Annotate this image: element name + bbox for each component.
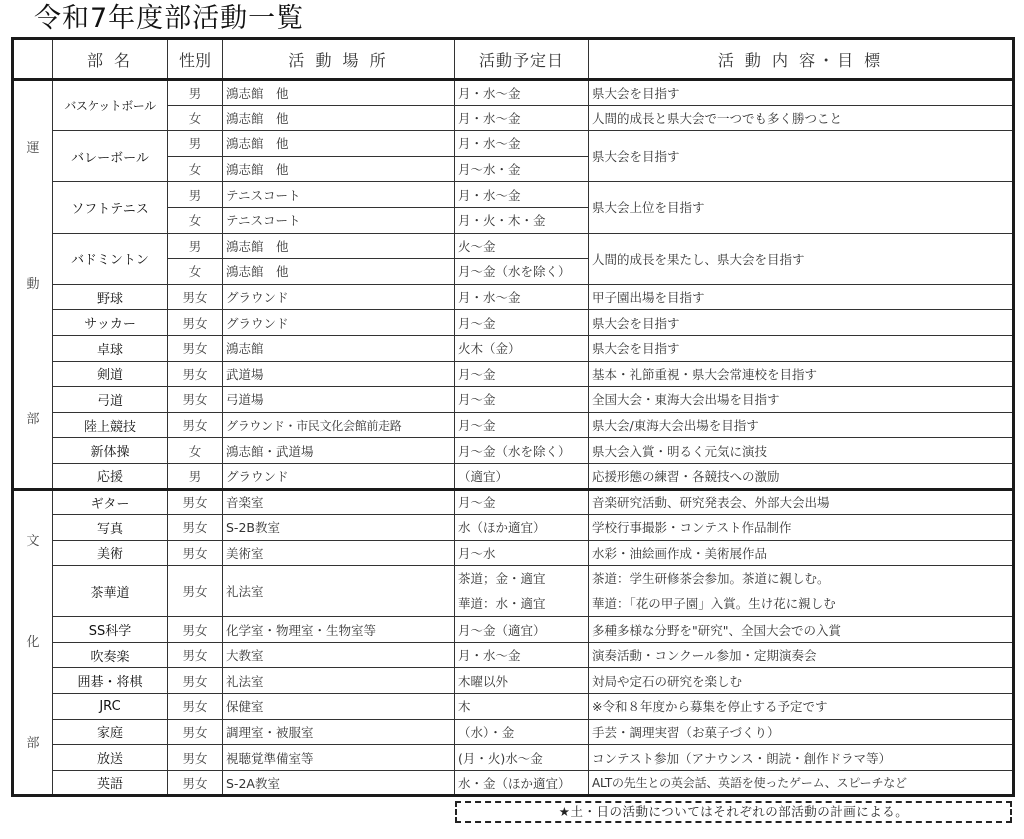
place: グラウンド・市民文化会館前走路 bbox=[223, 412, 455, 438]
days: 火～金 bbox=[455, 233, 589, 259]
table-row: JRC 男女 保健室 木 ※令和８年度から募集を停止する予定です bbox=[13, 694, 1014, 720]
place: 鴻志館 他 bbox=[223, 105, 455, 131]
days: 月～金（水を除く） bbox=[455, 438, 589, 464]
place: 鴻志館 他 bbox=[223, 233, 455, 259]
club-name: ソフトテニス bbox=[53, 182, 168, 233]
days: 月～金 bbox=[455, 489, 589, 515]
place: 鴻志館 他 bbox=[223, 80, 455, 106]
club-name: 放送 bbox=[53, 745, 168, 771]
days: 月～水 bbox=[455, 540, 589, 566]
goal: 多種多様な分野を"研究"、全国大会での入賞 bbox=[589, 617, 1014, 643]
gender: 男女 bbox=[168, 694, 223, 720]
place: 美術室 bbox=[223, 540, 455, 566]
gender: 男女 bbox=[168, 412, 223, 438]
table-row: SS科学 男女 化学室・物理室・生物室等 月～金（適宜） 多種多様な分野を"研究… bbox=[13, 617, 1014, 643]
days-line: 茶道；金・適宜 bbox=[458, 566, 585, 591]
place: 鴻志館 他 bbox=[223, 259, 455, 285]
category-char: 文 bbox=[26, 535, 39, 548]
place: グラウンド bbox=[223, 310, 455, 336]
gender: 男女 bbox=[168, 515, 223, 541]
table-row: 美術 男女 美術室 月～水 水彩・油絵画作成・美術展作品 bbox=[13, 540, 1014, 566]
page-title: 令和7年度部活動一覧 bbox=[34, 2, 304, 36]
goal: 県大会を目指す bbox=[589, 335, 1014, 361]
goal: 学校行事撮影・コンテスト作品制作 bbox=[589, 515, 1014, 541]
place: 礼法室 bbox=[223, 566, 455, 617]
days: 茶道；金・適宜 華道：水・適宜 bbox=[455, 566, 589, 617]
days: 月～金 bbox=[455, 412, 589, 438]
place: 鴻志館 他 bbox=[223, 131, 455, 157]
gender: 男女 bbox=[168, 719, 223, 745]
place: S-2A教室 bbox=[223, 770, 455, 796]
place: 大教室 bbox=[223, 642, 455, 668]
place: 鴻志館 他 bbox=[223, 156, 455, 182]
club-name: 応援 bbox=[53, 463, 168, 489]
club-name: SS科学 bbox=[53, 617, 168, 643]
club-name: 囲碁・将棋 bbox=[53, 668, 168, 694]
club-name: 陸上競技 bbox=[53, 412, 168, 438]
goal: ALTの先生との英会話、英語を使ったゲーム、スピーチなど bbox=[589, 770, 1014, 796]
table-row: 文 化 部 ギター 男女 音楽室 月～金 音楽研究活動、研究発表会、外部大会出場 bbox=[13, 489, 1014, 515]
days: 水（ほか適宜） bbox=[455, 515, 589, 541]
days: 木 bbox=[455, 694, 589, 720]
days: 月～金 bbox=[455, 310, 589, 336]
club-name: 家庭 bbox=[53, 719, 168, 745]
table-row: 弓道 男女 弓道場 月～金 全国大会・東海大会出場を目指す bbox=[13, 387, 1014, 413]
place: 化学室・物理室・生物室等 bbox=[223, 617, 455, 643]
club-name: ギター bbox=[53, 489, 168, 515]
gender: 男女 bbox=[168, 642, 223, 668]
club-name: 美術 bbox=[53, 540, 168, 566]
days: 月～水・金 bbox=[455, 156, 589, 182]
goal: 県大会を目指す bbox=[589, 131, 1014, 182]
category-culture: 文 化 部 bbox=[13, 489, 53, 796]
gender: 男女 bbox=[168, 387, 223, 413]
table-row: バドミントン 男 鴻志館 他 火～金 人間的成長を果たし、県大会を目指す bbox=[13, 233, 1014, 259]
club-name: 卓球 bbox=[53, 335, 168, 361]
gender: 男女 bbox=[168, 770, 223, 796]
goal: 対局や定石の研究を楽しむ bbox=[589, 668, 1014, 694]
place: S-2B教室 bbox=[223, 515, 455, 541]
header-category bbox=[13, 39, 53, 80]
place: 調理室・被服室 bbox=[223, 719, 455, 745]
days: 月・水～金 bbox=[455, 182, 589, 208]
gender: 男女 bbox=[168, 284, 223, 310]
place: 保健室 bbox=[223, 694, 455, 720]
goal: 人間的成長を果たし、県大会を目指す bbox=[589, 233, 1014, 284]
goal: 演奏活動・コンクール参加・定期演奏会 bbox=[589, 642, 1014, 668]
days: 水・金（ほか適宜） bbox=[455, 770, 589, 796]
place: テニスコート bbox=[223, 207, 455, 233]
club-name: サッカー bbox=[53, 310, 168, 336]
table-row: 新体操 女 鴻志館・武道場 月～金（水を除く） 県大会入賞・明るく元気に演技 bbox=[13, 438, 1014, 464]
category-char: 化 bbox=[26, 636, 39, 649]
goal: ※令和８年度から募集を停止する予定です bbox=[589, 694, 1014, 720]
table-row: 茶華道 男女 礼法室 茶道；金・適宜 華道：水・適宜 茶道：学生研修茶会参加。茶… bbox=[13, 566, 1014, 617]
header-gender: 性別 bbox=[168, 39, 223, 80]
table-row: 運 動 部 バスケットボール 男 鴻志館 他 月・水～金 県大会を目指す bbox=[13, 80, 1014, 106]
goal: 全国大会・東海大会出場を目指す bbox=[589, 387, 1014, 413]
club-name: 弓道 bbox=[53, 387, 168, 413]
table-row: サッカー 男女 グラウンド 月～金 県大会を目指す bbox=[13, 310, 1014, 336]
days: (月・火)水～金 bbox=[455, 745, 589, 771]
gender: 男 bbox=[168, 233, 223, 259]
goal: 県大会上位を目指す bbox=[589, 182, 1014, 233]
gender: 女 bbox=[168, 105, 223, 131]
gender: 女 bbox=[168, 156, 223, 182]
gender: 男 bbox=[168, 80, 223, 106]
header-club-name: 部 名 bbox=[53, 39, 168, 80]
gender: 男女 bbox=[168, 617, 223, 643]
table-row: 卓球 男女 鴻志館 火木（金） 県大会を目指す bbox=[13, 335, 1014, 361]
category-char: 部 bbox=[26, 737, 39, 750]
header-goal: 活 動 内 容・目 標 bbox=[589, 39, 1014, 80]
days: 月・水～金 bbox=[455, 80, 589, 106]
days: 月・水～金 bbox=[455, 642, 589, 668]
club-name: バスケットボール bbox=[53, 80, 168, 131]
club-name: 野球 bbox=[53, 284, 168, 310]
goal: 手芸・調理実習（お菓子づくり） bbox=[589, 719, 1014, 745]
table-row: 放送 男女 視聴覚準備室等 (月・火)水～金 コンテスト参加（アナウンス・朗読・… bbox=[13, 745, 1014, 771]
goal: 基本・礼節重視・県大会常連校を目指す bbox=[589, 361, 1014, 387]
footnote-box: ★土・日の活動についてはそれぞれの部活動の計画による。 bbox=[455, 801, 1012, 823]
gender: 男 bbox=[168, 182, 223, 208]
goal-line: 茶道：学生研修茶会参加。茶道に親しむ。 bbox=[592, 566, 1009, 591]
days: 月・水～金 bbox=[455, 284, 589, 310]
goal: 県大会を目指す bbox=[589, 80, 1014, 106]
place: 武道場 bbox=[223, 361, 455, 387]
place: テニスコート bbox=[223, 182, 455, 208]
gender: 男 bbox=[168, 131, 223, 157]
days: 月～金 bbox=[455, 387, 589, 413]
table-row: 写真 男女 S-2B教室 水（ほか適宜） 学校行事撮影・コンテスト作品制作 bbox=[13, 515, 1014, 541]
days: 月～金 bbox=[455, 361, 589, 387]
club-name: JRC bbox=[53, 694, 168, 720]
days: 月・火・木・金 bbox=[455, 207, 589, 233]
gender: 男女 bbox=[168, 745, 223, 771]
table-row: 陸上競技 男女 グラウンド・市民文化会館前走路 月～金 県大会/東海大会出場を目… bbox=[13, 412, 1014, 438]
club-name: 新体操 bbox=[53, 438, 168, 464]
table-header-row: 部 名 性別 活 動 場 所 活動予定日 活 動 内 容・目 標 bbox=[13, 39, 1014, 80]
gender: 男女 bbox=[168, 361, 223, 387]
table-row: 剣道 男女 武道場 月～金 基本・礼節重視・県大会常連校を目指す bbox=[13, 361, 1014, 387]
club-name: 英語 bbox=[53, 770, 168, 796]
place: 音楽室 bbox=[223, 489, 455, 515]
goal: 茶道：学生研修茶会参加。茶道に親しむ。 華道：「花の甲子園」入賞。生け花に親しむ bbox=[589, 566, 1014, 617]
days: 月～金（水を除く） bbox=[455, 259, 589, 285]
gender: 女 bbox=[168, 259, 223, 285]
gender: 男女 bbox=[168, 540, 223, 566]
gender: 男女 bbox=[168, 489, 223, 515]
gender: 男女 bbox=[168, 335, 223, 361]
club-name: 吹奏楽 bbox=[53, 642, 168, 668]
club-name: 剣道 bbox=[53, 361, 168, 387]
goal: 県大会/東海大会出場を目指す bbox=[589, 412, 1014, 438]
table-row: 家庭 男女 調理室・被服室 （水）・金 手芸・調理実習（お菓子づくり） bbox=[13, 719, 1014, 745]
goal: 応援形態の練習・各競技への激励 bbox=[589, 463, 1014, 489]
place: 視聴覚準備室等 bbox=[223, 745, 455, 771]
goal: 県大会を目指す bbox=[589, 310, 1014, 336]
days: （水）・金 bbox=[455, 719, 589, 745]
table-row: 吹奏楽 男女 大教室 月・水～金 演奏活動・コンクール参加・定期演奏会 bbox=[13, 642, 1014, 668]
place: グラウンド bbox=[223, 284, 455, 310]
goal: 県大会入賞・明るく元気に演技 bbox=[589, 438, 1014, 464]
days: 月・水～金 bbox=[455, 131, 589, 157]
category-char: 部 bbox=[26, 413, 39, 426]
gender: 男女 bbox=[168, 566, 223, 617]
club-name: 茶華道 bbox=[53, 566, 168, 617]
category-sports: 運 動 部 bbox=[13, 80, 53, 490]
days: 木曜以外 bbox=[455, 668, 589, 694]
days: 火木（金） bbox=[455, 335, 589, 361]
place: 鴻志館 bbox=[223, 335, 455, 361]
place: 弓道場 bbox=[223, 387, 455, 413]
gender: 男 bbox=[168, 463, 223, 489]
table-row: バレーボール 男 鴻志館 他 月・水～金 県大会を目指す bbox=[13, 131, 1014, 157]
place: 礼法室 bbox=[223, 668, 455, 694]
goal-line: 華道：「花の甲子園」入賞。生け花に親しむ bbox=[592, 591, 1009, 616]
place: グラウンド bbox=[223, 463, 455, 489]
table-row: 応援 男 グラウンド （適宜） 応援形態の練習・各競技への激励 bbox=[13, 463, 1014, 489]
category-char: 動 bbox=[26, 278, 39, 291]
club-name: バレーボール bbox=[53, 131, 168, 182]
goal: コンテスト参加（アナウンス・朗読・創作ドラマ等） bbox=[589, 745, 1014, 771]
goal: 音楽研究活動、研究発表会、外部大会出場 bbox=[589, 489, 1014, 515]
gender: 男女 bbox=[168, 668, 223, 694]
club-name: バドミントン bbox=[53, 233, 168, 284]
gender: 女 bbox=[168, 207, 223, 233]
days: （適宜） bbox=[455, 463, 589, 489]
table-row: 英語 男女 S-2A教室 水・金（ほか適宜） ALTの先生との英会話、英語を使っ… bbox=[13, 770, 1014, 796]
goal: 甲子園出場を目指す bbox=[589, 284, 1014, 310]
header-days: 活動予定日 bbox=[455, 39, 589, 80]
table-row: 野球 男女 グラウンド 月・水～金 甲子園出場を目指す bbox=[13, 284, 1014, 310]
goal: 水彩・油絵画作成・美術展作品 bbox=[589, 540, 1014, 566]
goal: 人間的成長と県大会で一つでも多く勝つこと bbox=[589, 105, 1014, 131]
days-line: 華道：水・適宜 bbox=[458, 591, 585, 616]
gender: 女 bbox=[168, 438, 223, 464]
table-row: ソフトテニス 男 テニスコート 月・水～金 県大会上位を目指す bbox=[13, 182, 1014, 208]
days: 月・水～金 bbox=[455, 105, 589, 131]
place: 鴻志館・武道場 bbox=[223, 438, 455, 464]
club-activity-table: 部 名 性別 活 動 場 所 活動予定日 活 動 内 容・目 標 運 動 部 バ… bbox=[11, 37, 1015, 797]
table-row: 囲碁・将棋 男女 礼法室 木曜以外 対局や定石の研究を楽しむ bbox=[13, 668, 1014, 694]
header-place: 活 動 場 所 bbox=[223, 39, 455, 80]
category-char: 運 bbox=[26, 142, 39, 155]
club-name: 写真 bbox=[53, 515, 168, 541]
days: 月～金（適宜） bbox=[455, 617, 589, 643]
gender: 男女 bbox=[168, 310, 223, 336]
